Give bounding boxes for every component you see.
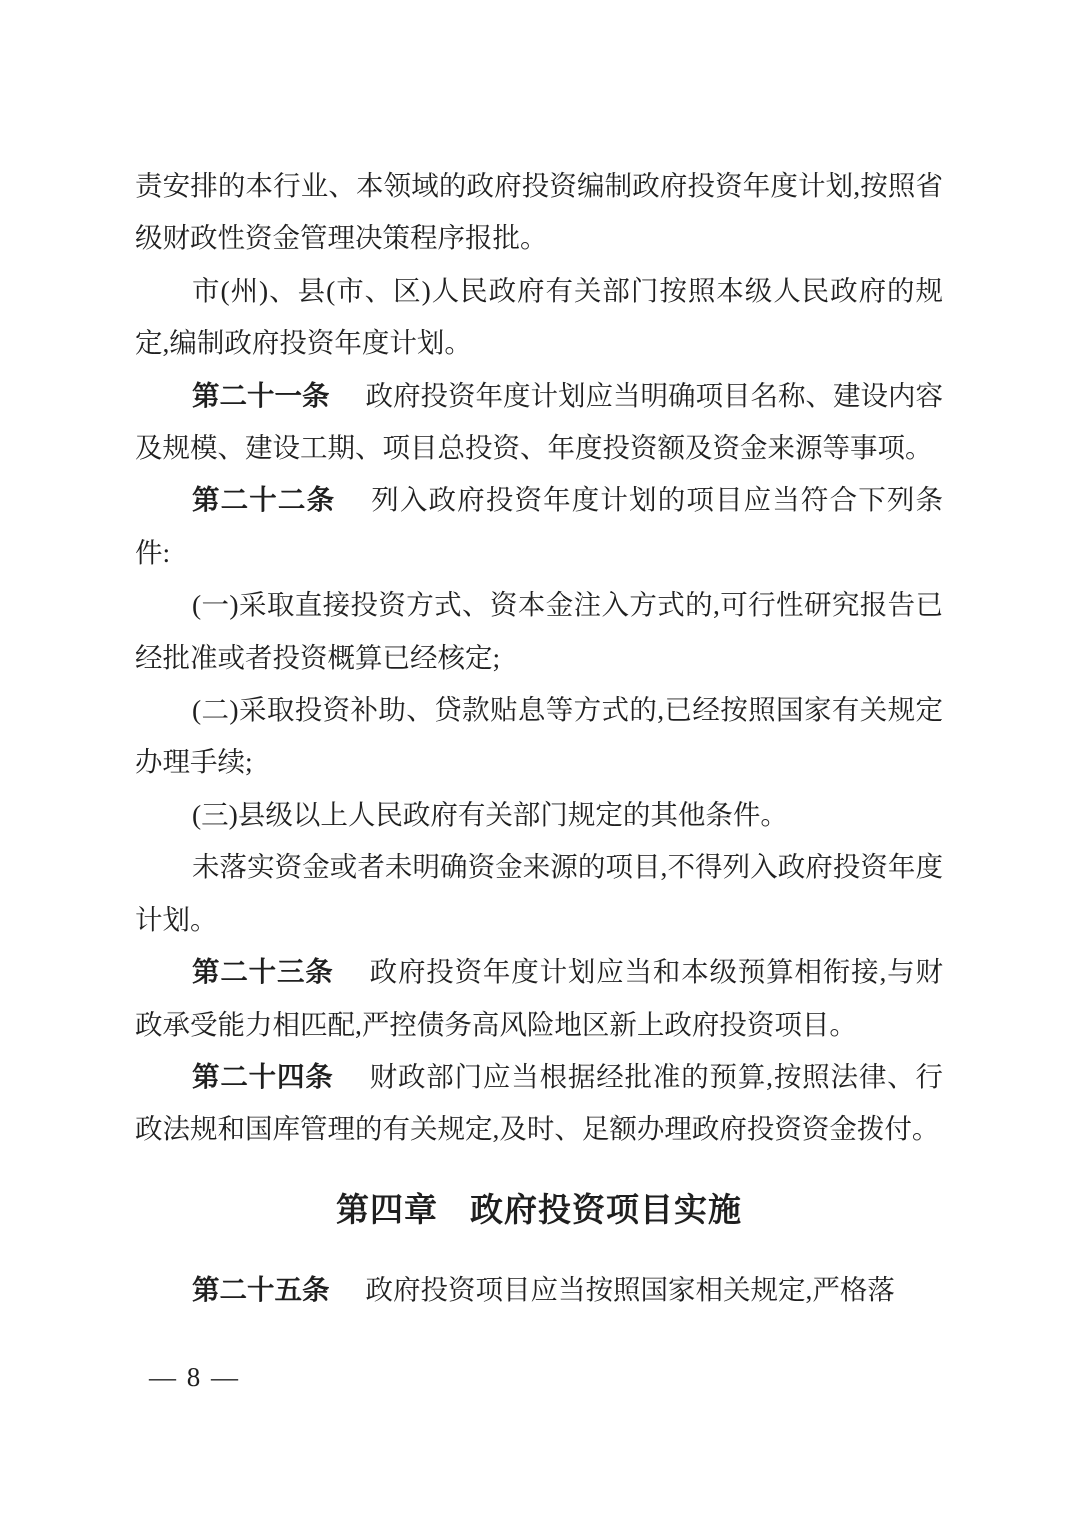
article-paragraph: 第二十五条政府投资项目应当按照国家相关规定,严格落	[135, 1264, 943, 1316]
paragraph-text: 市(州)、县(市、区)人民政府有关部门按照本级人民政府的规定,编制政府投资年度计…	[135, 275, 943, 358]
article-number: 第二十二条	[192, 484, 335, 515]
paragraph-text: 政府投资项目应当按照国家相关规定,严格落	[366, 1274, 895, 1305]
page-number: — 8 —	[149, 1357, 240, 1397]
paragraph: 市(州)、县(市、区)人民政府有关部门按照本级人民政府的规定,编制政府投资年度计…	[135, 265, 943, 370]
paragraph: 未落实资金或者未明确资金来源的项目,不得列入政府投资年度计划。	[135, 841, 943, 946]
paragraph-text: (二)采取投资补助、贷款贴息等方式的,已经按照国家有关规定办理手续;	[135, 694, 943, 777]
list-item-paragraph: (三)县级以上人民政府有关部门规定的其他条件。	[135, 789, 943, 841]
document-page: 责安排的本行业、本领域的政府投资编制政府投资年度计划,按照省级财政性资金管理决策…	[0, 0, 1080, 1527]
article-number: 第二十五条	[192, 1274, 330, 1305]
paragraph-text: (三)县级以上人民政府有关部门规定的其他条件。	[192, 799, 788, 830]
chapter-heading: 第四章政府投资项目实施	[135, 1184, 943, 1236]
list-item-paragraph: (二)采取投资补助、贷款贴息等方式的,已经按照国家有关规定办理手续;	[135, 684, 943, 789]
paragraph-text: 责安排的本行业、本领域的政府投资编制政府投资年度计划,按照省级财政性资金管理决策…	[135, 170, 943, 253]
document-body: 责安排的本行业、本领域的政府投资编制政府投资年度计划,按照省级财政性资金管理决策…	[135, 160, 943, 1316]
article-paragraph: 第二十四条财政部门应当根据经批准的预算,按照法律、行政法规和国库管理的有关规定,…	[135, 1051, 943, 1156]
list-item-paragraph: (一)采取直接投资方式、资本金注入方式的,可行性研究报告已经批准或者投资概算已经…	[135, 579, 943, 684]
article-paragraph: 第二十二条列入政府投资年度计划的项目应当符合下列条件:	[135, 474, 943, 579]
chapter-title: 政府投资项目实施	[470, 1191, 742, 1228]
article-paragraph: 第二十三条政府投资年度计划应当和本级预算相衔接,与财政承受能力相匹配,严控债务高…	[135, 946, 943, 1051]
paragraph-text: 未落实资金或者未明确资金来源的项目,不得列入政府投资年度计划。	[135, 851, 943, 934]
article-paragraph: 第二十一条政府投资年度计划应当明确项目名称、建设内容及规模、建设工期、项目总投资…	[135, 370, 943, 475]
chapter-number: 第四章	[336, 1191, 438, 1228]
article-number: 第二十一条	[192, 380, 330, 411]
article-number: 第二十三条	[192, 956, 334, 987]
article-number: 第二十四条	[192, 1061, 334, 1092]
paragraph: 责安排的本行业、本领域的政府投资编制政府投资年度计划,按照省级财政性资金管理决策…	[135, 160, 943, 265]
paragraph-text: (一)采取直接投资方式、资本金注入方式的,可行性研究报告已经批准或者投资概算已经…	[135, 589, 943, 672]
